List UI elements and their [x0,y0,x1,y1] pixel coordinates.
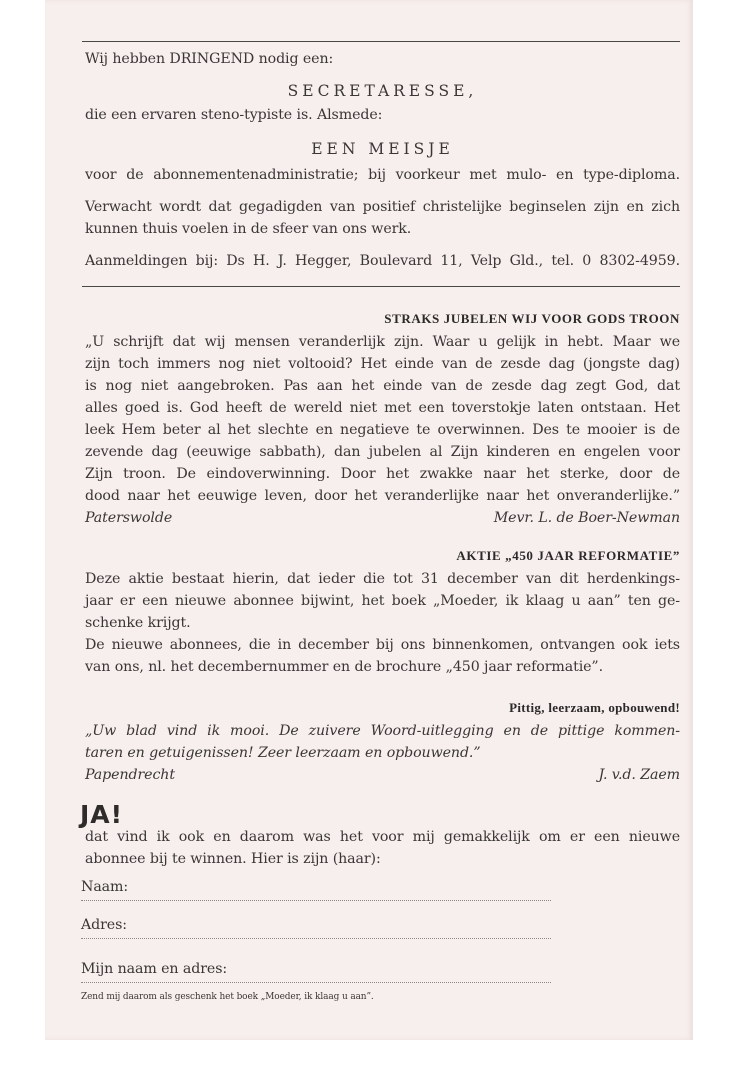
name-field[interactable]: Naam: [81,876,551,898]
letter-line: „U schrijft dat wij mensen veranderlijk … [85,331,680,353]
vacancy-expectation-line: Verwacht wordt dat gegadigden van positi… [85,196,680,218]
magazine-page: Wij hebben DRINGEND nodig een: SECRETARE… [45,0,693,1040]
testimonial-heading: Pittig, leerzaam, opbouwend! [509,698,680,718]
vacancy-expectation-line: kunnen thuis voelen in de sfeer van ons … [85,218,680,240]
testimonial-author: J. v.d. Zaem [598,764,680,786]
vacancy-contact: Aanmeldingen bij: Ds H. J. Hegger, Boule… [85,250,680,272]
letter-line: Zijn troon. De eindoverwinning. Door het… [85,463,680,485]
form-closing: Zend mij daarom als geschenk het boek „M… [81,986,680,1008]
own-name-address-field-dotted-line [81,982,551,983]
letter-line: is nog niet aangebroken. Pas aan het ein… [85,375,680,397]
vacancy-position-meisje: EEN MEISJE [85,138,680,160]
own-name-address-field-label: Mijn naam en adres: [81,961,227,977]
letter-line: zevende dag (eeuwige sabbath), dan jubel… [85,441,680,463]
vacancy-intro: Wij hebben DRINGEND nodig een: [85,48,680,70]
name-field-label: Naam: [81,879,128,895]
letter-line: leek Hem beter al het slechte en negatie… [85,419,680,441]
letter-line: zijn toch immers nog niet voltooid? Het … [85,353,680,375]
campaign-line: Deze aktie bestaat hierin, dat ieder die… [85,568,680,590]
form-intro-line: abonnee bij te winnen. Hier is zijn (haa… [85,848,680,870]
address-field[interactable]: Adres: [81,914,551,936]
campaign-heading: AKTIE „450 JAAR REFORMATIE” [456,546,680,566]
section-divider [82,286,680,287]
testimonial-line: taren en getuigenissen! Zeer leerzaam en… [85,742,680,764]
letter-line: dood naar het eeuwige leven, door het ve… [85,485,680,507]
top-divider [82,41,680,42]
own-name-address-field[interactable]: Mijn naam en adres: [81,958,551,980]
vacancy-position-desc: die een ervaren steno-typiste is. Alsmed… [85,104,680,126]
form-intro-line: dat vind ik ook en daarom was het voor m… [85,826,680,848]
testimonial-place: Papendrecht [85,764,175,786]
letter-author: Mevr. L. de Boer-Newman [494,507,680,529]
vacancy-position-secretaresse: SECRETARESSE, [85,80,680,102]
letter-line: alles goed is. God heeft de wereld niet … [85,397,680,419]
campaign-line: jaar er een nieuwe abonnee bijwint, het … [85,590,680,612]
campaign-line: van ons, nl. het decembernummer en de br… [85,656,680,678]
vacancy-position-meisje-desc: voor de abonnementenadministratie; bij v… [85,164,680,186]
name-field-dotted-line [81,900,551,901]
testimonial-line: „Uw blad vind ik mooi. De zuivere Woord-… [85,720,680,742]
form-title: JA! [80,800,123,829]
address-field-dotted-line [81,938,551,939]
letter-place: Paterswolde [85,507,172,529]
address-field-label: Adres: [81,917,127,933]
campaign-line: schenke krijgt. [85,612,680,634]
letter-heading: STRAKS JUBELEN WIJ VOOR GODS TROON [384,309,680,329]
campaign-line: De nieuwe abonnees, die in december bij … [85,634,680,656]
